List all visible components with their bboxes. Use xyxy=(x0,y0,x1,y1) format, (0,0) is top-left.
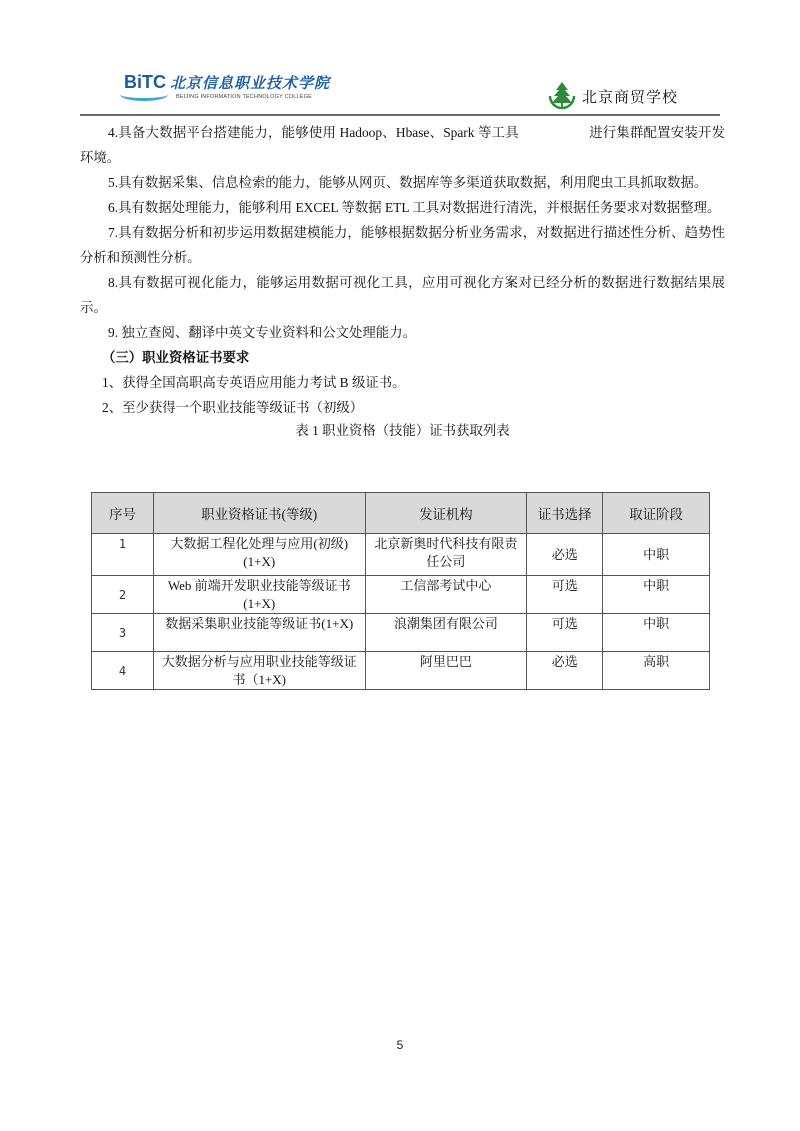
cell-stage: 中职 xyxy=(603,534,710,576)
column-header: 证书选择 xyxy=(527,493,603,534)
cell-choice: 可选 xyxy=(527,614,603,652)
paragraph-7: 7.具有数据分析和初步运用数据建模能力，能够根据数据分析业务需求，对数据进行描述… xyxy=(80,220,725,270)
requirement-item-2: 2、至少获得一个职业技能等级证书（初级） xyxy=(80,395,725,420)
paragraph-9: 9. 独立查阅、翻译中英文专业资料和公文处理能力。 xyxy=(80,320,725,345)
column-header: 职业资格证书(等级) xyxy=(153,493,365,534)
requirement-item-1: 1、获得全国高职高专英语应用能力考试 B 级证书。 xyxy=(80,370,725,395)
paragraph-6: 6.具有数据处理能力，能够利用 EXCEL 等数据 ETL 工具对数据进行清洗，… xyxy=(80,195,725,220)
paragraph-8: 8.具有数据可视化能力，能够运用数据可视化工具，应用可视化方案对已经分析的数据进… xyxy=(80,270,725,320)
cell-issuer: 工信部考试中心 xyxy=(365,576,527,614)
college-name-cn: 北京信息职业技术学院 xyxy=(170,72,330,93)
college-name-en: BEIJING INFORMATION TECHNOLOGY COLLEGE xyxy=(176,94,312,100)
table-row: 3 数据采集职业技能等级证书(1+X) 浪潮集团有限公司 可选 中职 xyxy=(92,614,710,652)
section-heading: （三）职业资格证书要求 xyxy=(80,345,725,370)
table-caption: 表 1 职业资格（技能）证书获取列表 xyxy=(80,420,725,442)
cell-stage: 高职 xyxy=(603,652,710,690)
tree-emblem-icon xyxy=(546,80,578,112)
header-divider xyxy=(80,114,720,116)
document-body: 4.具备大数据平台搭建能力，能够使用 Hadoop、Hbase、Spark 等工… xyxy=(80,120,725,442)
cell-choice: 可选 xyxy=(527,576,603,614)
page-header: BiTC 北京信息职业技术学院 BEIJING INFORMATION TECH… xyxy=(80,58,720,116)
cell-issuer: 浪潮集团有限公司 xyxy=(365,614,527,652)
cell-cert: Web 前端开发职业技能等级证书(1+X) xyxy=(153,576,365,614)
paragraph-4: 4.具备大数据平台搭建能力，能够使用 Hadoop、Hbase、Spark 等工… xyxy=(80,120,725,170)
certificate-table: 序号 职业资格证书(等级) 发证机构 证书选择 取证阶段 1 大数据工程化处理与… xyxy=(91,492,710,690)
cell-stage: 中职 xyxy=(603,614,710,652)
cell-no: 1 xyxy=(92,534,154,576)
cell-issuer: 北京新奥时代科技有限责任公司 xyxy=(365,534,527,576)
cell-no: 2 xyxy=(92,576,154,614)
table-row: 4 大数据分析与应用职业技能等级证书（1+X) 阿里巴巴 必选 高职 xyxy=(92,652,710,690)
cell-choice: 必选 xyxy=(527,534,603,576)
column-header: 序号 xyxy=(92,493,154,534)
table-header-row: 序号 职业资格证书(等级) 发证机构 证书选择 取证阶段 xyxy=(92,493,710,534)
cell-cert: 数据采集职业技能等级证书(1+X) xyxy=(153,614,365,652)
cell-issuer: 阿里巴巴 xyxy=(365,652,527,690)
cell-no: 4 xyxy=(92,652,154,690)
table-row: 2 Web 前端开发职业技能等级证书(1+X) 工信部考试中心 可选 中职 xyxy=(92,576,710,614)
school-name: 北京商贸学校 xyxy=(582,86,678,107)
cell-no: 3 xyxy=(92,614,154,652)
cell-stage: 中职 xyxy=(603,576,710,614)
cell-cert: 大数据工程化处理与应用(初级)(1+X) xyxy=(153,534,365,576)
table-row: 1 大数据工程化处理与应用(初级)(1+X) 北京新奥时代科技有限责任公司 必选… xyxy=(92,534,710,576)
column-header: 发证机构 xyxy=(365,493,527,534)
swoosh-icon xyxy=(120,88,168,101)
paragraph-5: 5.具有数据采集、信息检索的能力，能够从网页、数据库等多渠道获取数据，利用爬虫工… xyxy=(80,170,725,195)
column-header: 取证阶段 xyxy=(603,493,710,534)
cell-choice: 必选 xyxy=(527,652,603,690)
cell-cert: 大数据分析与应用职业技能等级证书（1+X) xyxy=(153,652,365,690)
page-number: 5 xyxy=(0,1038,800,1052)
